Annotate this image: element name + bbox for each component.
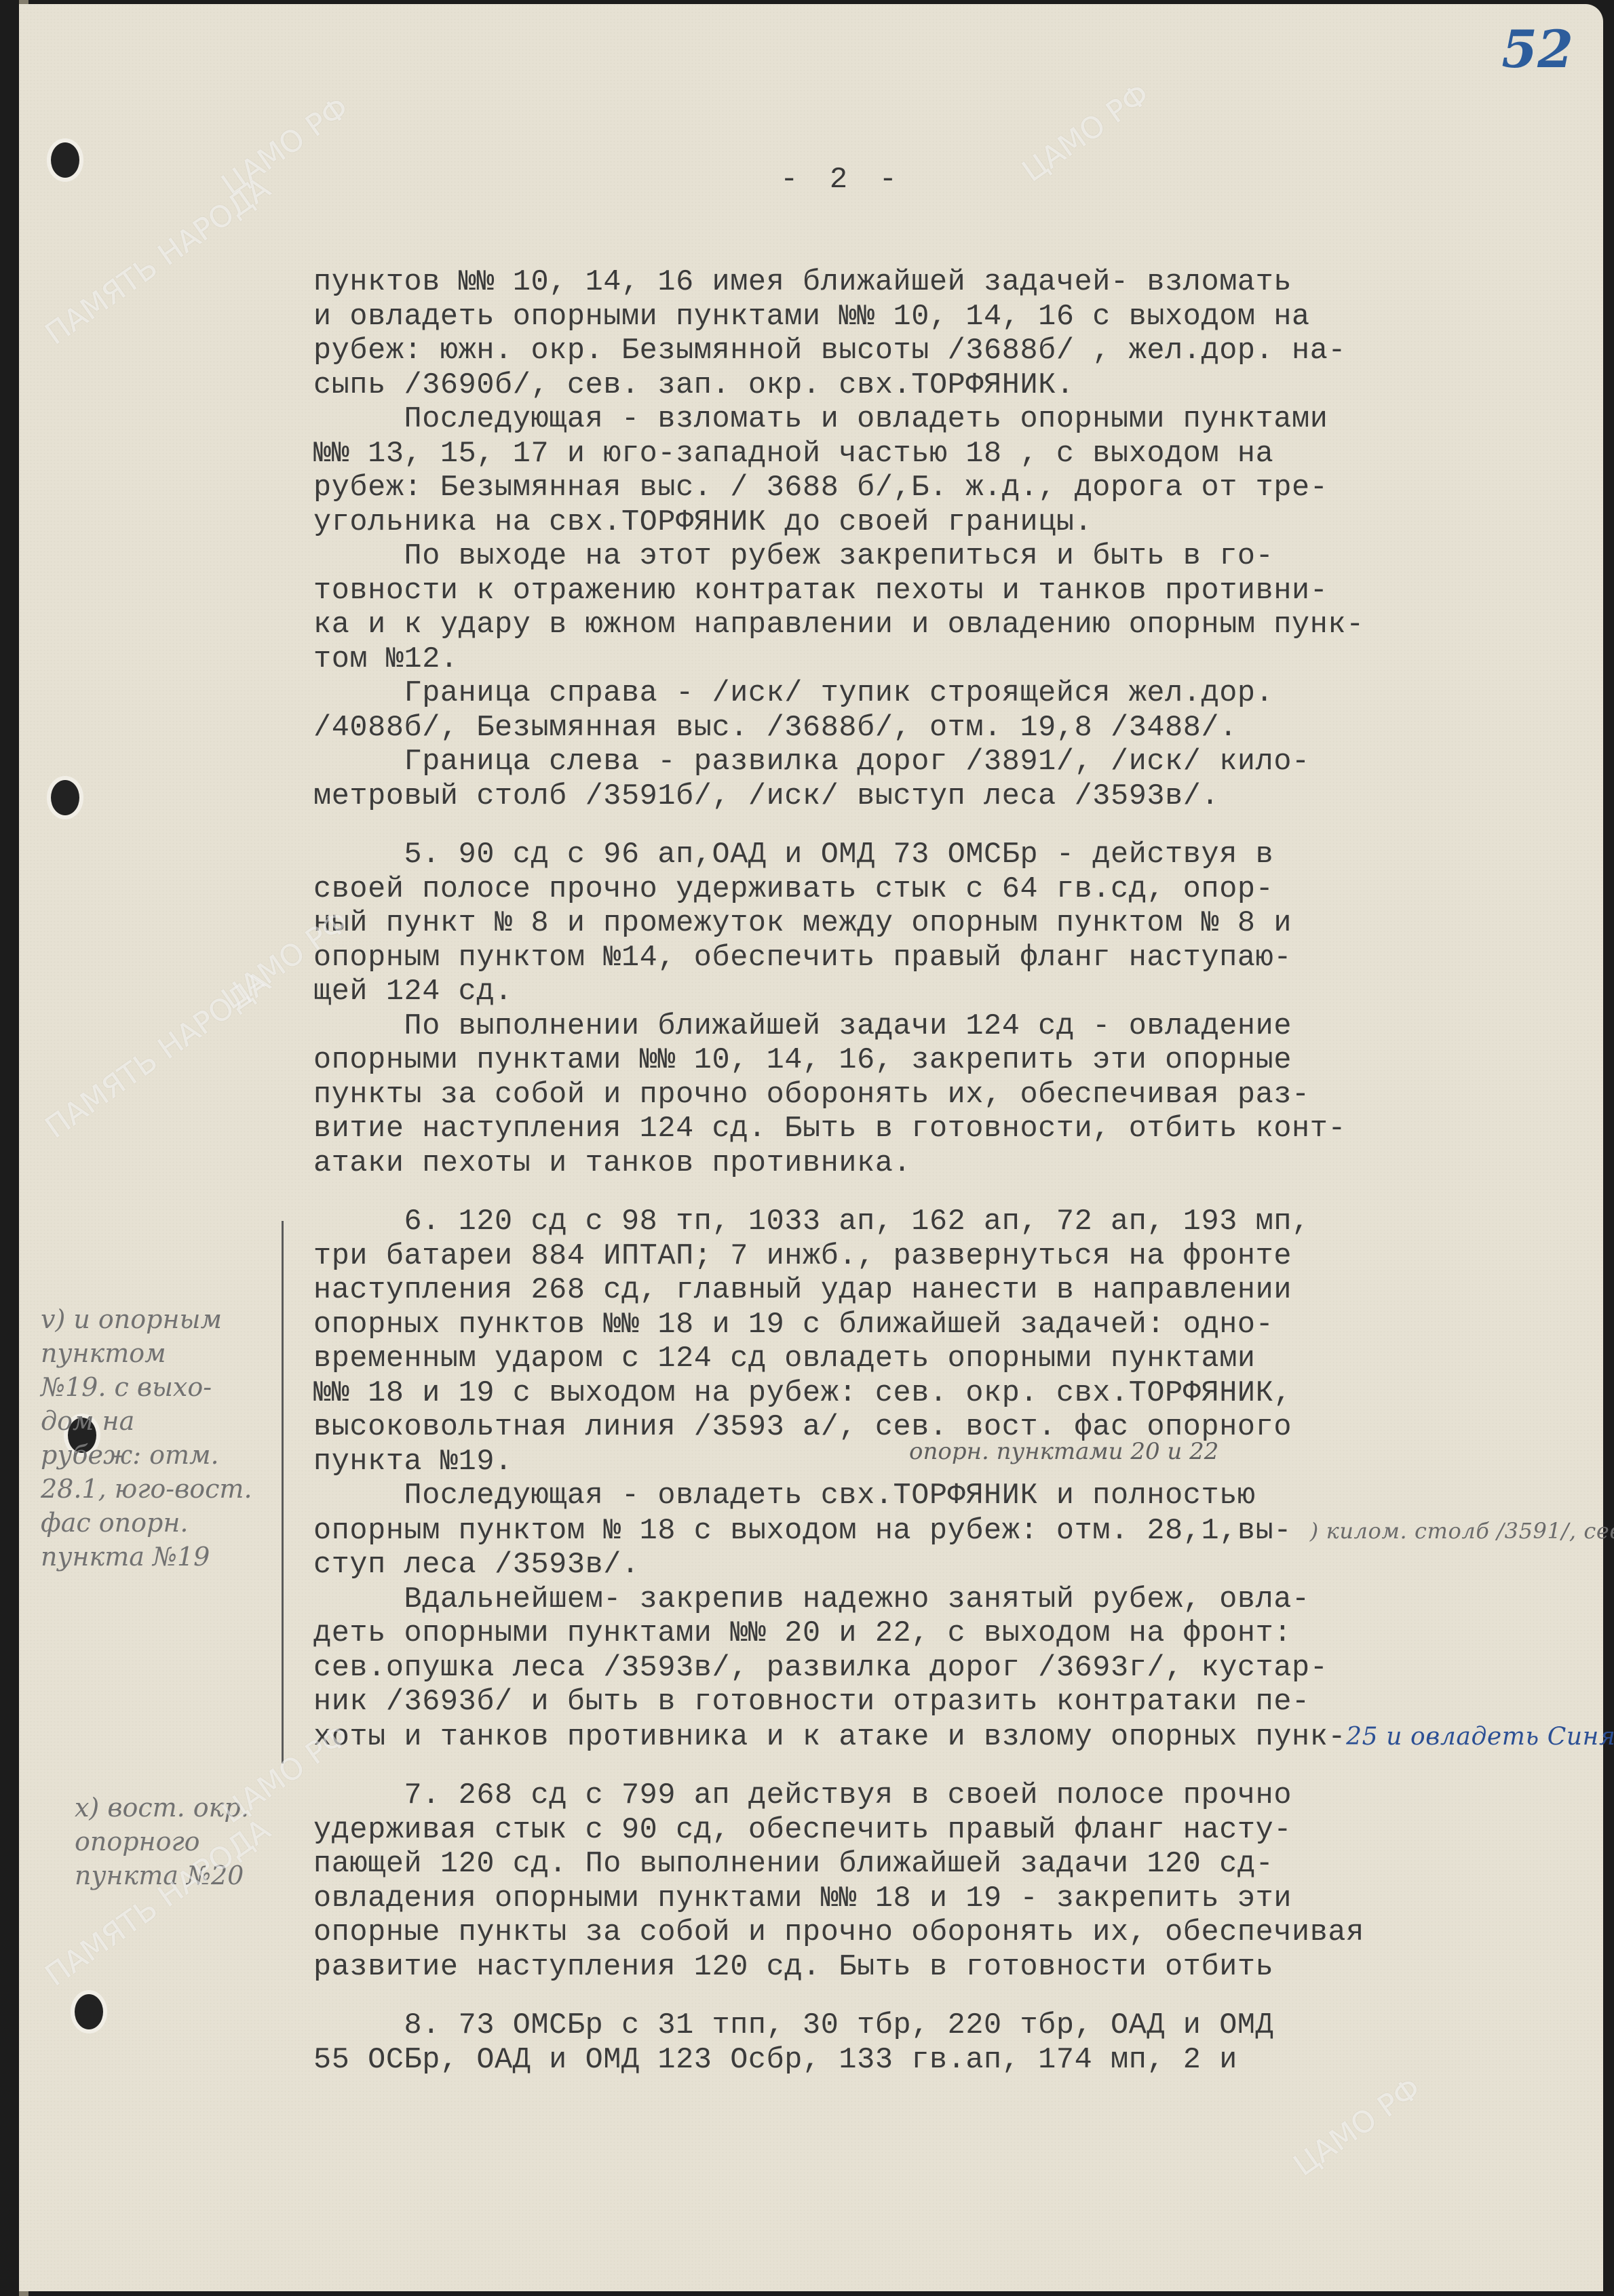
text-line: опорными пунктами №№ 10, 14, 16, закрепи… [313,1044,1589,1078]
text-line: том №12. [313,643,1589,678]
text-line: пающей 120 сд. По выполнении ближайшей з… [313,1848,1589,1882]
text-line: 5. 90 сд с 96 ап,ОАД и ОМД 73 ОМСБр - де… [313,838,1589,873]
text-line: опорные пункты за собой и прочно обороня… [313,1916,1589,1951]
text-line: №№ 13, 15, 17 и юго-западной частью 18 ,… [313,437,1589,472]
text-line: По выходе на этот рубеж закрепиться и бы… [313,540,1589,575]
text-line: 7. 268 сд с 799 ап действуя в своей поло… [313,1779,1589,1814]
text-line: ный пункт № 8 и промежуток между опорным… [313,907,1589,941]
text-line: №№ 18 и 19 с выходом на рубеж: сев. окр.… [313,1377,1589,1412]
text-line: 8. 73 ОМСБр с 31 тпп, 30 тбр, 220 тбр, О… [313,2009,1589,2044]
text-line: товности к отражению контратак пехоты и … [313,575,1589,609]
text-line: сев.опушка леса /3593в/, развилка дорог … [313,1652,1589,1686]
text-line: метровый столб /3591б/, /иск/ выступ лес… [313,780,1589,815]
text-line: угольника на свх.ТОРФЯНИК до своей грани… [313,506,1589,541]
text-line: рубеж: Безымянная выс. / 3688 б/,Б. ж.д.… [313,471,1589,506]
paragraph-gap [313,1181,1589,1205]
text-line: Последующая - взломать и овладеть опорны… [313,403,1589,437]
text-line: рубеж: южн. окр. Безымянной высоты /3688… [313,334,1589,369]
text-line: пунктов №№ 10, 14, 16 имея ближайшей зад… [313,266,1589,300]
text-line: щей 124 сд. [313,975,1589,1010]
punch-hole [75,1994,103,2029]
ink-addition: 25 и овладеть Синявинским плато. [1346,1723,1614,1751]
text-line: Граница слева - развилка дорог /3891/, /… [313,745,1589,780]
paragraph-gap [313,814,1589,838]
text-line: хоты и танков противника и к атаке и взл… [313,1720,1589,1755]
text-line: ступ леса /3593в/. [313,1549,1589,1583]
text-line: Последующая - овладеть свх.ТОРФЯНИК и по… [313,1479,1589,1514]
text-line: /4088б/, Безымянная выс. /3688б/, отм. 1… [313,712,1589,746]
text-line: своей полосе прочно удерживать стык с 64… [313,873,1589,908]
page-marker: - 2 - [780,163,904,197]
text-line: 55 ОСБр, ОАД и ОМД 123 Осбр, 133 гв.ап, … [313,2044,1589,2078]
typewritten-body: пунктов №№ 10, 14, 16 имея ближайшей зад… [313,266,1589,2078]
pencil-overline-note: опорн. пунктами 20 и 22 [909,1438,1218,1465]
margin-note-1: v) и опорным пунктом №19. с выхо- дом на… [41,1302,299,1574]
text-line: опорным пунктом №14, обеспечить правый ф… [313,941,1589,976]
text-line: опорным пунктом № 18 с выходом на рубеж:… [313,1514,1589,1549]
text-line: временным ударом с 124 сд овладеть опорн… [313,1342,1589,1377]
text-line: три батареи 884 ИПТАП; 7 инжб., разверну… [313,1240,1589,1275]
text-line: развитие наступления 120 сд. Быть в гото… [313,1951,1589,1985]
punch-hole [51,142,79,178]
text-line: 6. 120 сд с 98 тп, 1033 ап, 162 ап, 72 а… [313,1205,1589,1240]
text-line: Граница справа - /иск/ тупик строящейся … [313,677,1589,712]
paragraph-gap [313,1985,1589,2009]
text-line: овладения опорными пунктами №№ 18 и 19 -… [313,1882,1589,1917]
text-line: витие наступления 124 сд. Быть в готовно… [313,1112,1589,1147]
paragraph-gap [313,1755,1589,1779]
text-line: и овладеть опорными пунктами №№ 10, 14, … [313,300,1589,335]
text-line: наступления 268 сд, главный удар нанести… [313,1274,1589,1308]
text-line: опорных пунктов №№ 18 и 19 с ближайшей з… [313,1308,1589,1343]
text-line: ка и к удару в южном направлении и овлад… [313,608,1589,643]
pencil-inline-note: ) килом. столб /3591/, сев. опушка леса … [1310,1518,1614,1544]
text-line: Вдальнейшем- закрепив надежно занятый ру… [313,1583,1589,1618]
text-line: деть опорными пунктами №№ 20 и 22, с вых… [313,1617,1589,1652]
text-line: ник /3693б/ и быть в готовности отразить… [313,1686,1589,1720]
folio-number: 52 [1501,19,1573,79]
punch-hole [51,780,79,815]
text-line: пункты за собой и прочно оборонять их, о… [313,1078,1589,1113]
text-line: сыпь /3690б/, сев. зап. окр. свх.ТОРФЯНИ… [313,369,1589,404]
text-line: По выполнении ближайшей задачи 124 сд - … [313,1010,1589,1045]
text-line: удерживая стык с 90 сд, обеспечить правы… [313,1814,1589,1848]
text-line: атаки пехоты и танков противника. [313,1147,1589,1182]
